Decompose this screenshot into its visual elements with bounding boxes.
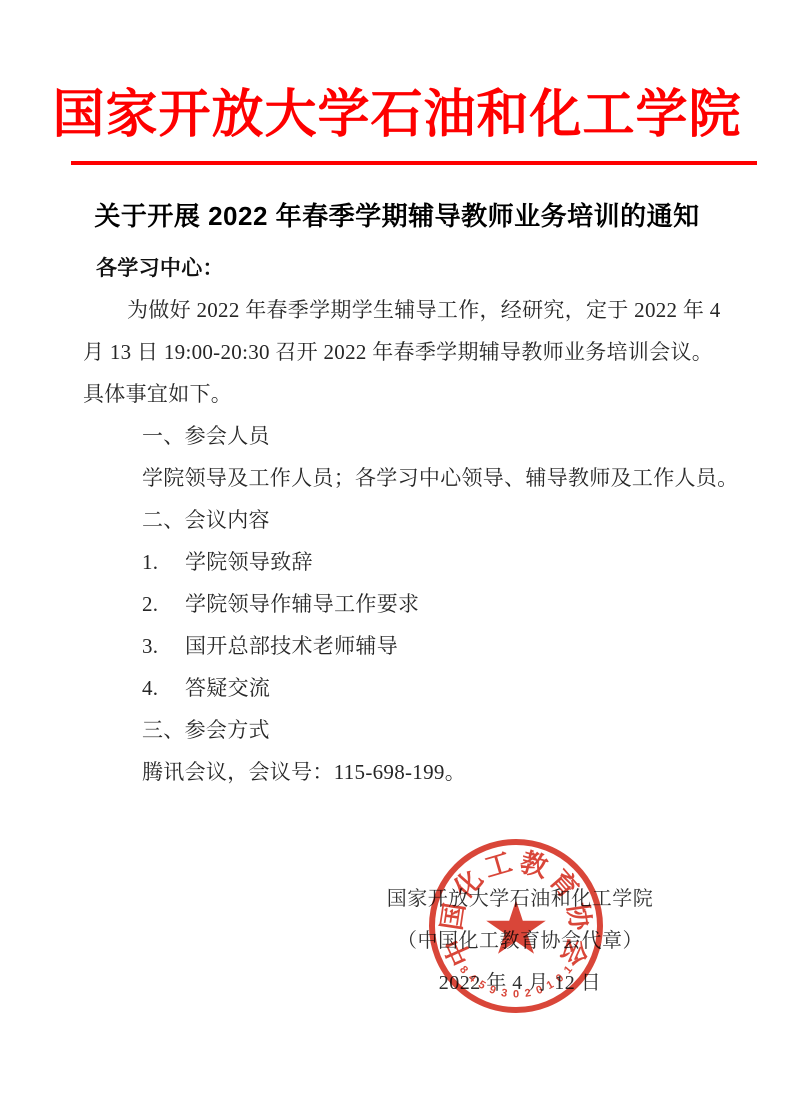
list-item-text: 学院领导致辞 bbox=[185, 550, 313, 574]
notice-title: 关于开展 2022 年春季学期辅导教师业务培训的通知 bbox=[0, 196, 794, 233]
list-item-number: 2. bbox=[142, 583, 185, 625]
document-page: 国家开放大学石油和化工学院 关于开展 2022 年春季学期辅导教师业务培训的通知… bbox=[0, 0, 794, 1108]
list-item: 2.学院领导作辅导工作要求 bbox=[83, 583, 719, 625]
letterhead-title: 国家开放大学石油和化工学院 bbox=[0, 72, 794, 147]
body-line: 腾讯会议，会议号：115-698-199。 bbox=[83, 751, 719, 793]
section-heading: 三、参会方式 bbox=[83, 709, 719, 751]
signature-org: 国家开放大学石油和化工学院 bbox=[340, 878, 700, 920]
list-item-number: 1. bbox=[142, 541, 185, 583]
salutation: 各学习中心： bbox=[83, 247, 719, 289]
letter-body: 各学习中心： 为做好 2022 年春季学期学生辅导工作，经研究，定于 2022 … bbox=[83, 247, 719, 793]
list-item: 3.国开总部技术老师辅导 bbox=[83, 625, 719, 667]
signature-block: 国家开放大学石油和化工学院 （中国化工教育协会代章） 2022 年 4 月 12… bbox=[340, 878, 700, 1004]
body-line: 月 13 日 19:00-20:30 召开 2022 年春季学期辅导教师业务培训… bbox=[83, 331, 719, 373]
list-item-number: 3. bbox=[142, 625, 185, 667]
section-heading: 一、参会人员 bbox=[83, 415, 719, 457]
body-line: 为做好 2022 年春季学期学生辅导工作，经研究，定于 2022 年 4 bbox=[83, 289, 719, 331]
list-item: 4.答疑交流 bbox=[83, 667, 719, 709]
list-item: 1.学院领导致辞 bbox=[83, 541, 719, 583]
body-line: 学院领导及工作人员；各学习中心领导、辅导教师及工作人员。 bbox=[83, 457, 719, 499]
signature-date: 2022 年 4 月 12 日 bbox=[340, 962, 700, 1004]
list-item-text: 学院领导作辅导工作要求 bbox=[185, 592, 419, 616]
signature-note: （中国化工教育协会代章） bbox=[340, 920, 700, 962]
list-item-text: 答疑交流 bbox=[185, 676, 270, 700]
letterhead-divider bbox=[71, 161, 757, 165]
list-item-number: 4. bbox=[142, 667, 185, 709]
list-item-text: 国开总部技术老师辅导 bbox=[185, 634, 398, 658]
section-heading: 二、会议内容 bbox=[83, 499, 719, 541]
body-line: 具体事宜如下。 bbox=[83, 373, 719, 415]
